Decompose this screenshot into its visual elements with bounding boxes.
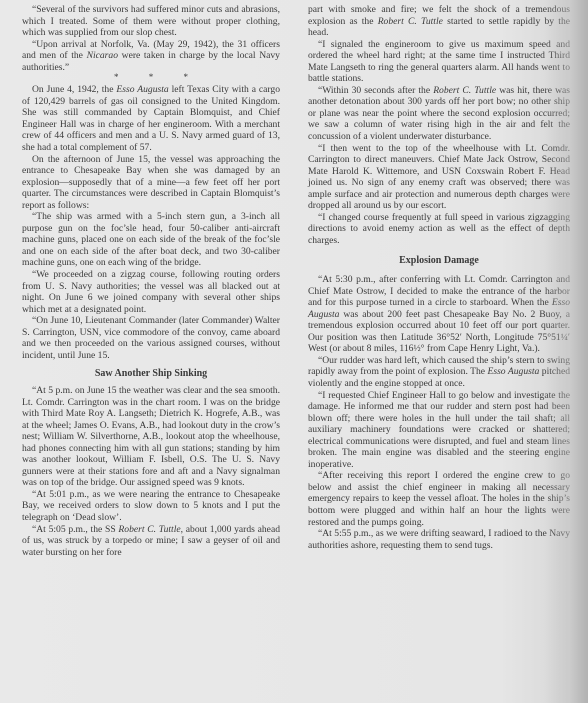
paragraph: “I signaled the engineroom to give us ma… bbox=[308, 39, 570, 85]
paragraph: “Our rudder was hard left, which caused … bbox=[308, 355, 570, 390]
paragraph: “At 5:05 p.m., the SS Robert C. Tuttle, … bbox=[22, 524, 280, 559]
paragraph: On the afternoon of June 15, the vessel … bbox=[22, 154, 280, 212]
left-column: “Several of the survivors had suffered m… bbox=[22, 4, 280, 558]
right-column: part with smoke and fire; we felt the sh… bbox=[308, 4, 570, 551]
paragraph: “At 5:01 p.m., as we were nearing the en… bbox=[22, 489, 280, 524]
paragraph: “At 5 p.m. on June 15 the weather was cl… bbox=[22, 385, 280, 489]
paragraph: “After receiving this report I ordered t… bbox=[308, 470, 570, 528]
section-separator: * * * bbox=[22, 73, 280, 82]
section-heading: Saw Another Ship Sinking bbox=[22, 368, 280, 380]
paragraph: “The ship was armed with a 5-inch stern … bbox=[22, 211, 280, 269]
section-heading: Explosion Damage bbox=[308, 255, 570, 267]
paragraph: “At 5:55 p.m., as we were drifting seawa… bbox=[308, 528, 570, 551]
paragraph: “Several of the survivors had suffered m… bbox=[22, 4, 280, 39]
paragraph: “At 5:30 p.m., after conferring with Lt.… bbox=[308, 274, 570, 355]
paragraph: “Within 30 seconds after the Robert C. T… bbox=[308, 85, 570, 143]
paragraph: “I requested Chief Engineer Hall to go b… bbox=[308, 390, 570, 471]
scanned-page: “Several of the survivors had suffered m… bbox=[0, 0, 588, 703]
paragraph: “I then went to the top of the wheelhous… bbox=[308, 143, 570, 212]
paragraph: part with smoke and fire; we felt the sh… bbox=[308, 4, 570, 39]
paragraph: “I changed course frequently at full spe… bbox=[308, 212, 570, 247]
paragraph: “We proceeded on a zigzag course, follow… bbox=[22, 269, 280, 315]
paragraph: “On June 10, Lieutenant Commander (later… bbox=[22, 315, 280, 361]
paragraph: “Upon arrival at Norfolk, Va. (May 29, 1… bbox=[22, 39, 280, 74]
paragraph: On June 4, 1942, the Esso Augusta left T… bbox=[22, 84, 280, 153]
